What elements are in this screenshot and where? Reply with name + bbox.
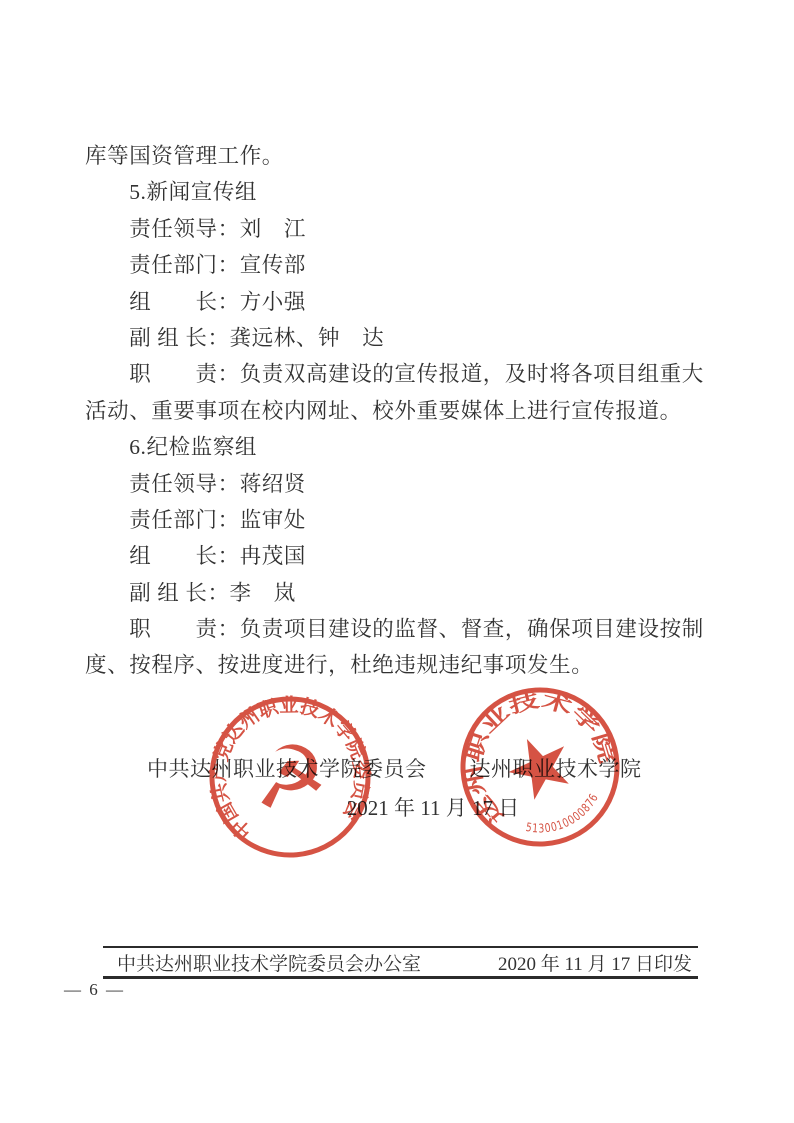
body-line: 职 责：负责项目建设的监督、督查，确保项目建设按制 <box>85 611 705 647</box>
body-line: 库等国资管理工作。 <box>85 138 705 174</box>
body-line: 活动、重要事项在校内网址、校外重要媒体上进行宣传报道。 <box>85 393 705 429</box>
body-line: 度、按程序、按进度进行，杜绝违规违纪事项发生。 <box>85 647 705 683</box>
body-line: 责任领导：蒋绍贤 <box>85 466 705 502</box>
body-line: 副 组 长：龚远林、钟 达 <box>85 320 705 356</box>
signature-org-line: 中共达州职业技术学院委员会 达州职业技术学院 <box>147 753 642 783</box>
document-page: 库等国资管理工作。 5.新闻宣传组 责任领导：刘 江 责任部门：宣传部 组 长：… <box>0 0 794 1123</box>
footer-rule-bottom <box>103 976 698 979</box>
body-line: 责任部门：监审处 <box>85 502 705 538</box>
body-line: 责任部门：宣传部 <box>85 247 705 283</box>
body-line: 副 组 长：李 岚 <box>85 575 705 611</box>
body-line: 组 长：冉茂国 <box>85 538 705 574</box>
signature-date: 2021 年 11 月 17 日 <box>303 792 563 822</box>
footer-rule-top <box>103 946 698 948</box>
footer-row: 中共达州职业技术学院委员会办公室 2020 年 11 月 17 日印发 <box>103 949 698 976</box>
body-line: 责任领导：刘 江 <box>85 211 705 247</box>
body-line: 5.新闻宣传组 <box>85 174 705 210</box>
body-line: 职 责：负责双高建设的宣传报道，及时将各项目组重大 <box>85 356 705 392</box>
document-body: 库等国资管理工作。 5.新闻宣传组 责任领导：刘 江 责任部门：宣传部 组 长：… <box>85 138 705 684</box>
footer-print-date: 2020 年 11 月 17 日印发 <box>498 949 698 976</box>
body-line: 组 长：方小强 <box>85 284 705 320</box>
body-line: 6.纪检监察组 <box>85 429 705 465</box>
footer-issuer: 中共达州职业技术学院委员会办公室 <box>103 949 421 976</box>
page-number: — 6 — <box>64 980 125 1000</box>
